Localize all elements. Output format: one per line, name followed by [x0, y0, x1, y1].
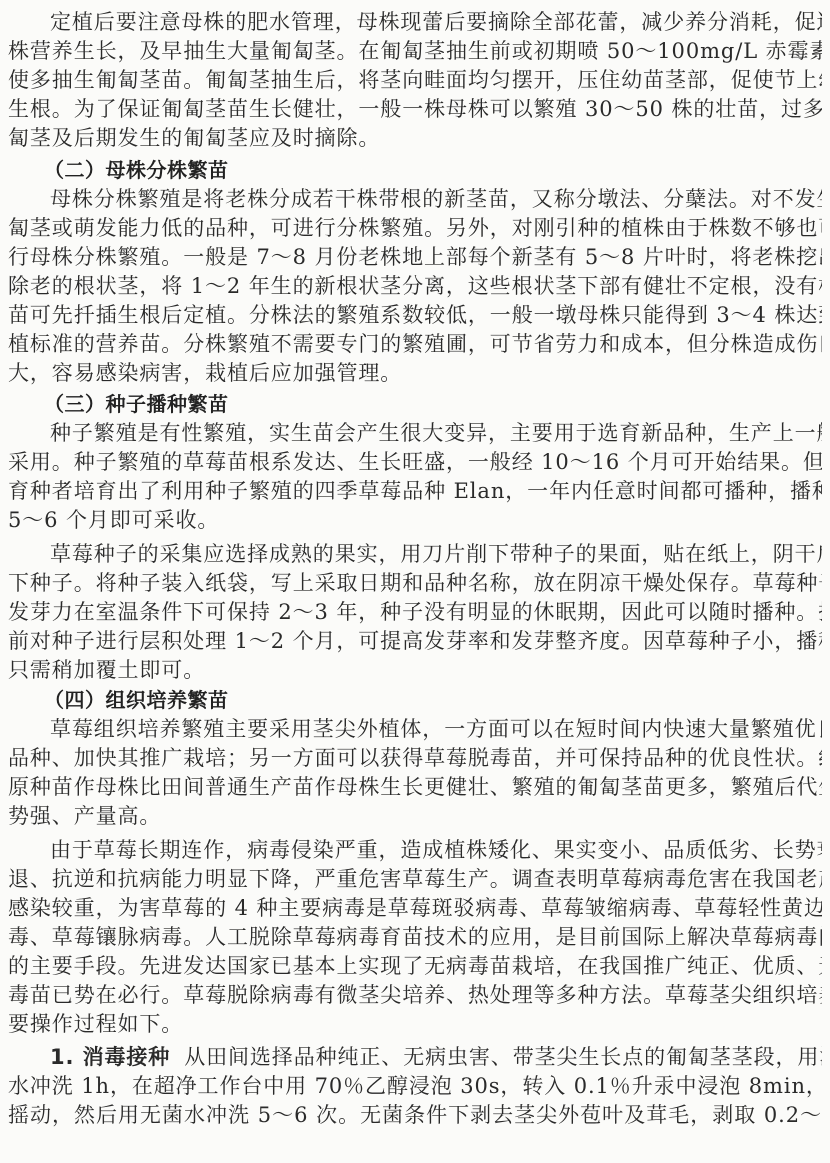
section-heading-3: （三）种子播种繁苗	[44, 390, 229, 419]
paragraph-3-line-2: 采用。种子繁殖的草莓苗根系发达、生长旺盛，一般经 10～16 个月可开始结果。但…	[8, 448, 822, 477]
paragraph-4-line-3: 发芽力在室温条件下可保持 2～3 年，种子没有明显的休眠期，因此可以随时播种。播…	[8, 598, 822, 627]
paragraph-3-line-3: 育种者培育出了利用种子繁殖的四季草莓品种 Elan，一年内任意时间都可播种，播种…	[8, 477, 822, 506]
paragraph-3-line-1: 种子繁殖是有性繁殖，实生苗会产生很大变异，主要用于选育新品种，生产上一般不	[50, 419, 822, 448]
paragraph-1-line-5: 匐茎及后期发生的匍匐茎应及时摘除。	[8, 124, 822, 153]
paragraph-4-line-1: 草莓种子的采集应选择成熟的果实，用刀片削下带种子的果面，贴在纸上，阴干后捻	[50, 540, 822, 569]
paragraph-5-line-4: 势强、产量高。	[8, 802, 822, 831]
paragraph-2-line-3: 行母株分株繁殖。一般是 7～8 月份老株地上部每个新茎有 5～8 片叶时，将老株…	[8, 243, 822, 272]
paragraph-2-line-4: 除老的根状茎，将 1～2 年生的新根状茎分离，这些根状茎下部有健壮不定根，没有根…	[8, 272, 822, 301]
paragraph-5-line-3: 原种苗作母株比田间普通生产苗作母株生长更健壮、繁殖的匍匐茎苗更多，繁殖后代生长	[8, 773, 822, 802]
paragraph-6-line-1: 由于草莓长期连作，病毒侵染严重，造成植株矮化、果实变小、品质低劣、长势衰	[50, 836, 822, 865]
paragraph-7-line-1: 1. 消毒接种从田间选择品种纯正、无病虫害、带茎尖生长点的匍匐茎茎段，用流	[50, 1043, 822, 1072]
step-text: 从田间选择品种纯正、无病虫害、带茎尖生长点的匍匐茎茎段，用流	[184, 1045, 822, 1069]
paragraph-7-line-3: 摇动，然后用无菌水冲洗 5～6 次。无菌条件下剥去茎尖外苞叶及茸毛，剥取 0.2…	[8, 1101, 822, 1130]
paragraph-2-line-5: 苗可先扦插生根后定植。分株法的繁殖系数较低，一般一墩母株只能得到 3～4 株达到…	[8, 301, 822, 330]
section-heading-4: （四）组织培养繁苗	[44, 686, 229, 715]
paragraph-2-line-2: 匐茎或萌发能力低的品种，可进行分株繁殖。另外，对刚引种的植株由于株数不够也可进	[8, 214, 822, 243]
document-page: 定植后要注意母株的肥水管理，母株现蕾后要摘除全部花蕾，减少养分消耗，促进植 株营…	[0, 0, 830, 1163]
paragraph-1-line-1: 定植后要注意母株的肥水管理，母株现蕾后要摘除全部花蕾，减少养分消耗，促进植	[50, 8, 822, 37]
paragraph-6-line-4: 毒、草莓镶脉病毒。人工脱除草莓病毒育苗技术的应用，是目前国际上解决草莓病毒问题	[8, 923, 822, 952]
paragraph-1-line-3: 使多抽生匍匐茎苗。匍匐茎抽生后，将茎向畦面均匀摆开，压住幼苗茎部，促使节上幼苗	[8, 66, 822, 95]
paragraph-2-line-6: 植标准的营养苗。分株繁殖不需要专门的繁殖圃，可节省劳力和成本，但分株造成伤口较	[8, 330, 822, 359]
paragraph-5-line-1: 草莓组织培养繁殖主要采用茎尖外植体，一方面可以在短时间内快速大量繁殖优良新	[50, 715, 822, 744]
paragraph-6-line-2: 退、抗逆和抗病能力明显下降，严重危害草莓生产。调查表明草莓病毒危害在我国老产区	[8, 865, 822, 894]
step-title: 1. 消毒接种	[50, 1045, 170, 1069]
paragraph-5-line-2: 品种、加快其推广栽培；另一方面可以获得草莓脱毒苗，并可保持品种的优良性状。组培	[8, 744, 822, 773]
paragraph-4-line-5: 只需稍加覆土即可。	[8, 656, 822, 685]
paragraph-3-line-4: 5～6 个月即可采收。	[8, 506, 822, 535]
paragraph-4-line-2: 下种子。将种子装入纸袋，写上采取日期和品种名称，放在阴凉干燥处保存。草莓种子的	[8, 569, 822, 598]
paragraph-6-line-3: 感染较重，为害草莓的 4 种主要病毒是草莓斑驳病毒、草莓皱缩病毒、草莓轻性黄边病	[8, 894, 822, 923]
paragraph-7-line-2: 水冲洗 1h，在超净工作台中用 70％乙醇浸泡 30s，转入 0.1％升汞中浸泡…	[8, 1072, 822, 1101]
paragraph-4-line-4: 前对种子进行层积处理 1～2 个月，可提高发芽率和发芽整齐度。因草莓种子小，播种…	[8, 627, 822, 656]
paragraph-2-line-7: 大，容易感染病害，栽植后应加强管理。	[8, 359, 822, 388]
paragraph-6-line-5: 的主要手段。先进发达国家已基本上实现了无病毒苗栽培，在我国推广纯正、优质、无病	[8, 952, 822, 981]
paragraph-6-line-7: 要操作过程如下。	[8, 1010, 822, 1039]
section-heading-2: （二）母株分株繁苗	[44, 156, 229, 185]
paragraph-6-line-6: 毒苗已势在必行。草莓脱除病毒有微茎尖培养、热处理等多种方法。草莓茎尖组织培养主	[8, 981, 822, 1010]
paragraph-2-line-1: 母株分株繁殖是将老株分成若干株带根的新茎苗，又称分墩法、分蘖法。对不发生匍	[50, 185, 822, 214]
paragraph-1-line-4: 生根。为了保证匍匐茎苗生长健壮，一般一株母株可以繁殖 30～50 株的壮苗，过多…	[8, 95, 822, 124]
paragraph-1-line-2: 株营养生长，及早抽生大量匍匐茎。在匍匐茎抽生前或初期喷 50～100mg/L 赤…	[8, 37, 822, 66]
